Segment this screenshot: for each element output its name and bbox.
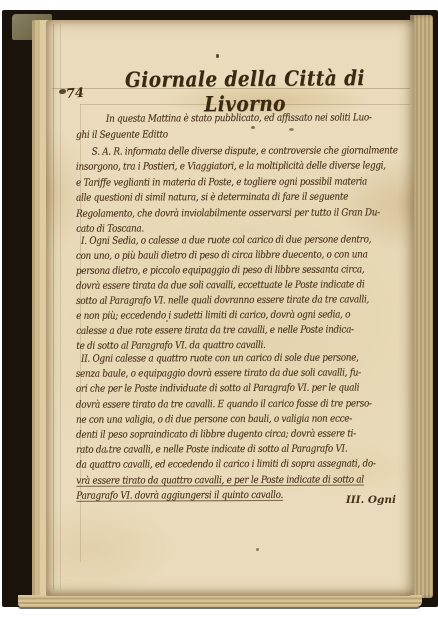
manuscript-line: dovrà essere tirata da due soli cavalli,… <box>76 277 366 294</box>
manuscript-line: vrà essere tirato da quattro cavalli, e … <box>76 472 366 488</box>
manuscript-line: calesse a due rote essere tirata da tre … <box>76 322 366 339</box>
gutter-crease-line <box>60 24 61 590</box>
manuscript-line: rato da tre cavalli, e nelle Poste indic… <box>76 442 366 458</box>
foxing-speck <box>216 54 219 58</box>
gutter-crease-line <box>53 24 54 590</box>
manuscript-line: ne con una valigia, o di due persone con… <box>76 411 366 427</box>
manuscript-line: Regolamento, che dovrà inviolabilmente o… <box>76 205 366 222</box>
manuscript-line: Paragrafo VI. dovrà aggiungersi il quint… <box>76 487 366 503</box>
manuscript-line: II. Ogni calesse a quattro ruote con un … <box>76 350 366 366</box>
scanned-manuscript-photo: 74 Giornale della Città di Livorno In qu… <box>0 0 438 620</box>
article-1-paragraph: I. Ogni Sedia, o calesse a due ruote col… <box>76 232 407 354</box>
manuscript-line: senza baule, o equipaggio dovrà essere t… <box>76 366 366 382</box>
manuscript-line: denti il peso sopraindicato di libbre du… <box>76 426 366 442</box>
foxing-speck <box>256 548 259 551</box>
manuscript-line: dovrà essere tirato da tre cavalli. E qu… <box>76 396 366 412</box>
bottom-page-edges <box>18 595 422 607</box>
photo-background: 74 Giornale della Città di Livorno In qu… <box>2 10 438 607</box>
folio-number: 74 <box>66 85 97 102</box>
manuscript-line: e Tariffe veglianti in materia di Poste,… <box>76 174 366 191</box>
manuscript-line: ori che per le Poste individuate di sott… <box>76 381 366 397</box>
manuscript-page: 74 Giornale della Città di Livorno In qu… <box>46 20 414 596</box>
manuscript-line: con uno, o più bauli dietro di peso di c… <box>76 247 366 264</box>
intro-paragraph: In questa Mattina è stato pubblicato, ed… <box>76 110 406 143</box>
manuscript-line: In questa Mattina è stato pubblicato, ed… <box>76 110 366 127</box>
page-title: Giornale della Città di Livorno <box>105 65 385 117</box>
article-2-paragraph: II. Ogni calesse a quattro ruote con un … <box>76 350 407 503</box>
manuscript-line: persona dietro, e piccolo equipaggio di … <box>76 262 366 279</box>
manuscript-line: alle questioni di simil natura, si è det… <box>76 190 366 207</box>
manuscript-line: e non più; eccedendo i sudetti limiti di… <box>76 307 366 324</box>
manuscript-line: I. Ogni Sedia, o calesse a due ruote col… <box>76 232 366 249</box>
catchword: III. Ogni <box>346 494 396 506</box>
manuscript-line: sotto al Paragrafo VI. nelle quali dovra… <box>76 292 366 309</box>
manuscript-line: da quattro cavalli, ed eccedendo il cari… <box>76 457 366 473</box>
manuscript-line: S. A. R. informata delle diverse dispute… <box>76 143 366 160</box>
manuscript-line: insorgono, tra i Postieri, e Viaggiatori… <box>76 159 366 176</box>
manuscript-line: ghi il Seguente Editto <box>76 126 366 143</box>
edict-preamble-paragraph: S. A. R. informata delle diverse dispute… <box>76 143 406 237</box>
